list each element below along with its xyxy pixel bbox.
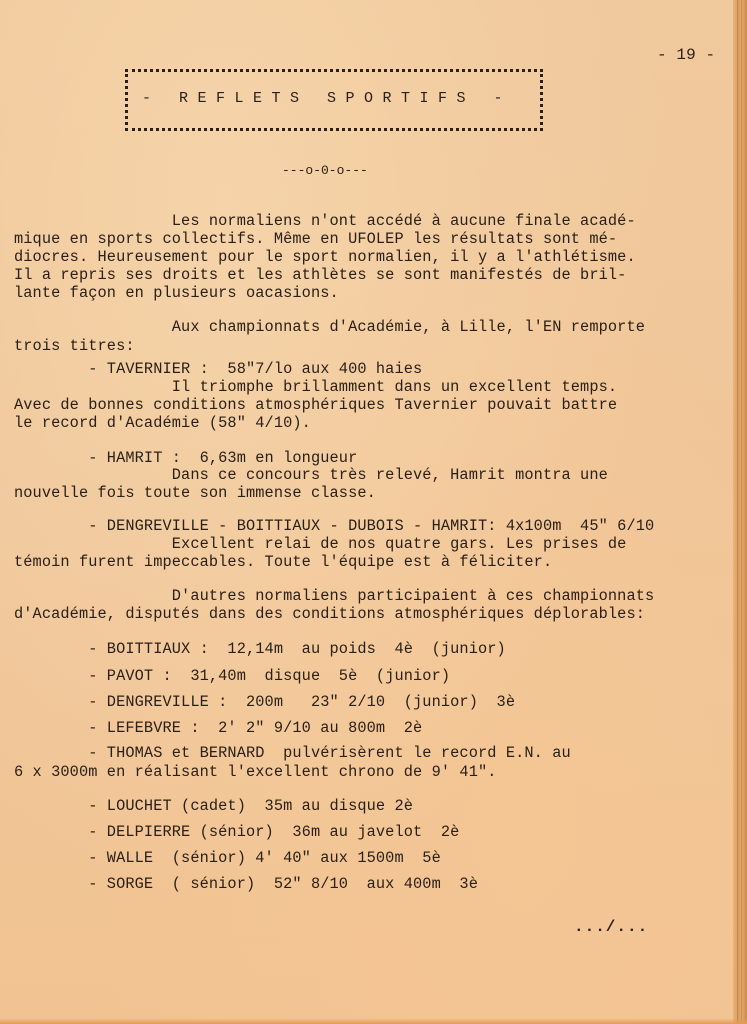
page-edge-line bbox=[737, 0, 738, 1024]
title-comment: Dans ce concours très relevé, Hamrit mon… bbox=[14, 466, 608, 484]
others-line: D'autres normaliens participaient à ces … bbox=[14, 587, 654, 605]
title-comment: Excellent relai de nos quatre gars. Les … bbox=[14, 535, 626, 553]
title-comment: Avec de bonnes conditions atmosphériques… bbox=[14, 396, 617, 414]
intro-line: mique en sports collectifs. Même en UFOL… bbox=[14, 230, 617, 248]
continued-marker: .../... bbox=[574, 918, 648, 936]
title-comment: nouvelle fois toute son immense classe. bbox=[14, 484, 376, 502]
intro-line: diocres. Heureusement pour le sport norm… bbox=[14, 248, 636, 266]
championships-line: trois titres: bbox=[14, 337, 135, 355]
page-number: - 19 - bbox=[657, 46, 715, 64]
page-edge bbox=[733, 0, 747, 1024]
intro-line: lante façon en plusieurs oacasions. bbox=[14, 284, 339, 302]
result-item: - BOITTIAUX : 12,14m au poids 4è (junior… bbox=[14, 640, 506, 658]
championships-line: Aux championnats d'Académie, à Lille, l'… bbox=[14, 318, 645, 336]
title-headline-tavernier: - TAVERNIER : 58"7/lo aux 400 haies bbox=[14, 360, 422, 378]
title-comment: Il triomphe brillamment dans un excellen… bbox=[14, 378, 617, 396]
result-item: - PAVOT : 31,40m disque 5è (junior) bbox=[14, 667, 450, 685]
result-item: - DENGREVILLE : 200m 23" 2/10 (junior) 3… bbox=[14, 693, 515, 711]
result-item: - WALLE (sénior) 4' 40" aux 1500m 5è bbox=[14, 849, 441, 867]
intro-line: Les normaliens n'ont accédé à aucune fin… bbox=[14, 212, 636, 230]
title-comment: le record d'Académie (58" 4/10). bbox=[14, 414, 311, 432]
paper-background bbox=[0, 0, 747, 1024]
result-item: - SORGE ( sénior) 52" 8/10 aux 400m 3è bbox=[14, 875, 478, 893]
title-comment: témoin furent impeccables. Toute l'équip… bbox=[14, 553, 552, 571]
result-item: - LEFEBVRE : 2' 2" 9/10 au 800m 2è bbox=[14, 719, 422, 737]
result-item: - DELPIERRE (sénior) 36m au javelot 2è bbox=[14, 823, 459, 841]
section-separator: ---o-0-o--- bbox=[282, 162, 368, 180]
intro-line: Il a repris ses droits et les athlètes s… bbox=[14, 266, 626, 284]
page-title: - REFLETS SPORTIFS - bbox=[142, 90, 512, 107]
others-line: d'Académie, disputés dans des conditions… bbox=[14, 605, 645, 623]
record-line: - THOMAS et BERNARD pulvérisèrent le rec… bbox=[14, 744, 571, 762]
page-bottom-edge bbox=[0, 1018, 747, 1024]
record-line: 6 x 3000m en réalisant l'excellent chron… bbox=[14, 763, 497, 781]
page-edge-line bbox=[741, 0, 742, 1024]
title-headline-relay: - DENGREVILLE - BOITTIAUX - DUBOIS - HAM… bbox=[14, 517, 654, 535]
title-headline-hamrit: - HAMRIT : 6,63m en longueur bbox=[14, 449, 357, 467]
result-item: - LOUCHET (cadet) 35m au disque 2è bbox=[14, 797, 413, 815]
